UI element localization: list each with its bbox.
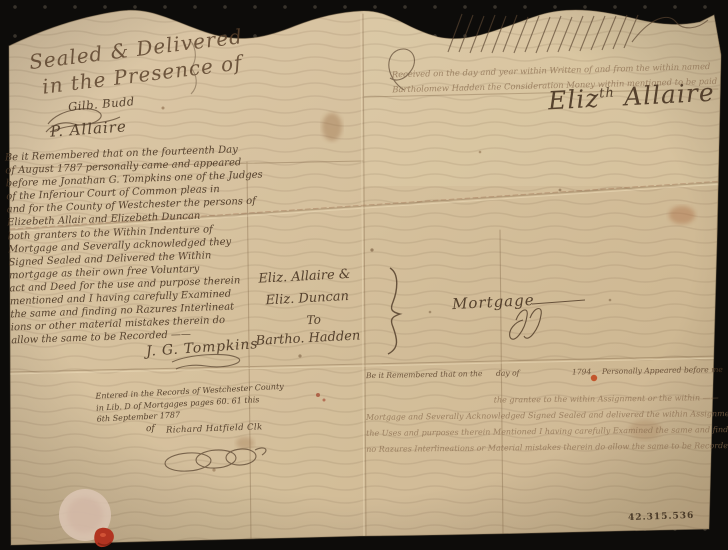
photographed-document: Sealed & Delivered in the Presence of Gi…	[0, 0, 728, 550]
red-wax-blob	[94, 528, 114, 547]
parchment-artwork	[0, 0, 728, 550]
wax-dot-1794	[591, 375, 597, 381]
